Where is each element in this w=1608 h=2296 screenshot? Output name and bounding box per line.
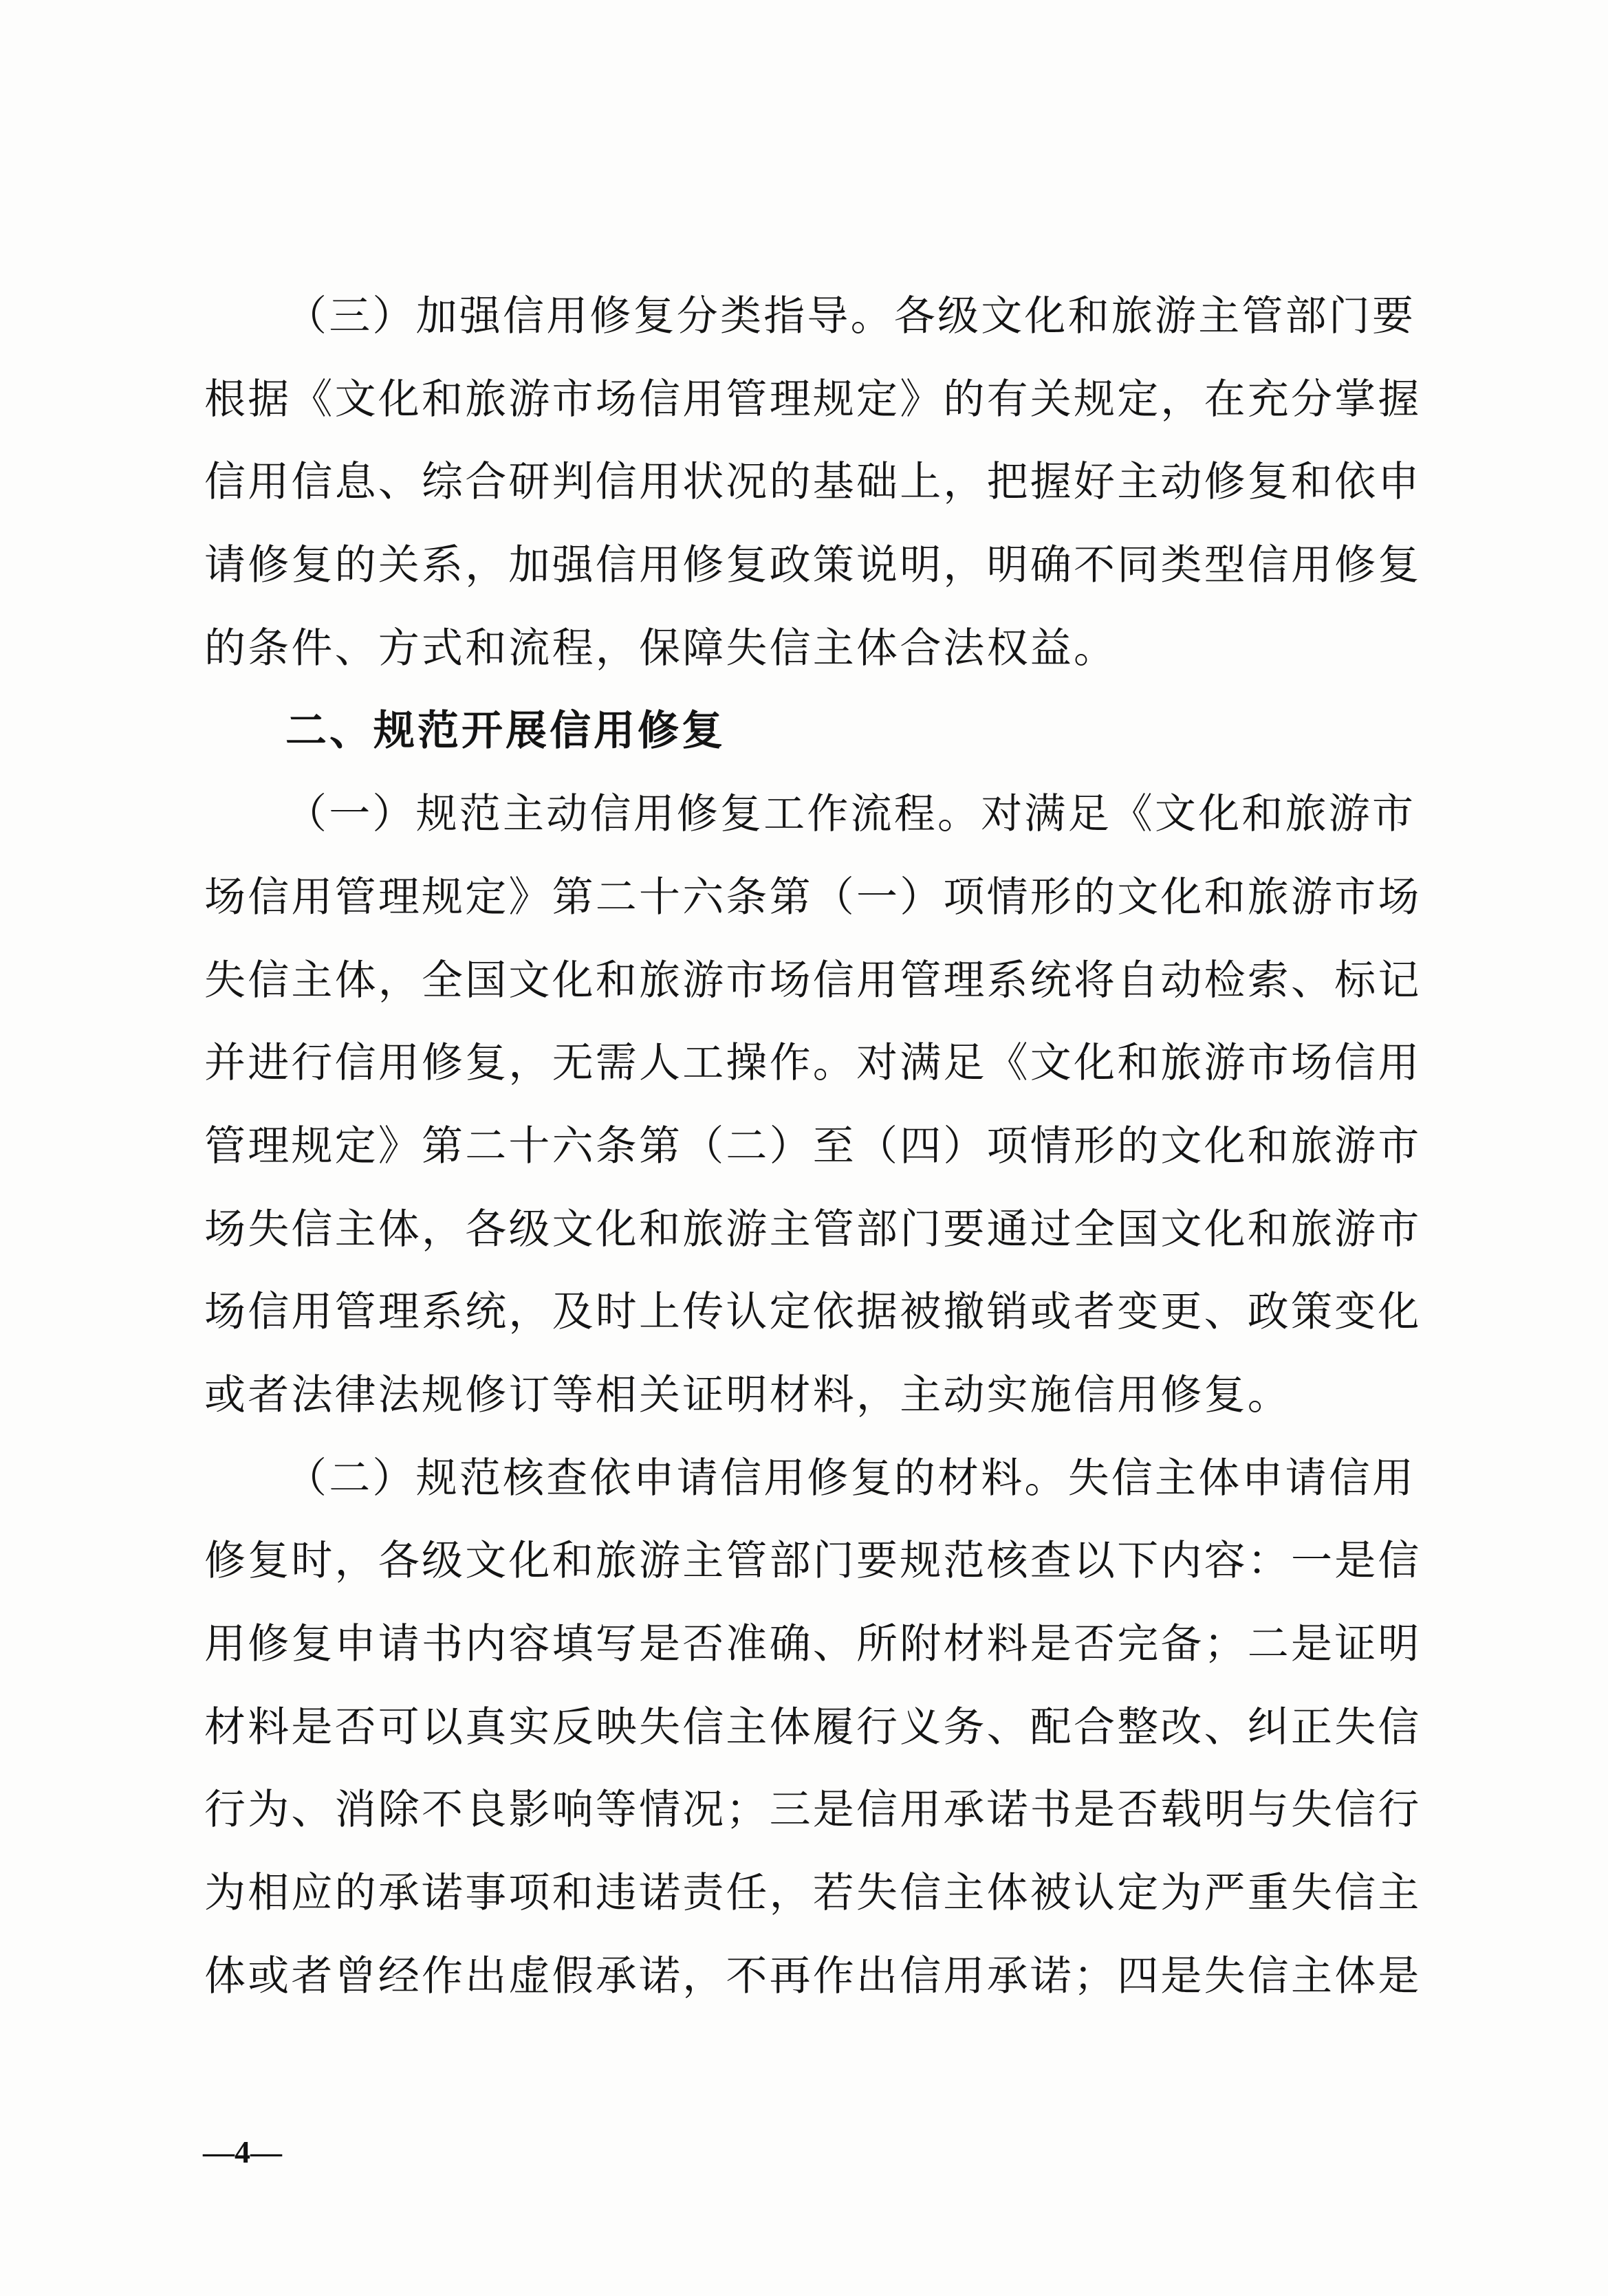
text-line: 行为、消除不良影响等情况；三是信用承诺书是否载明与失信行 [204, 1769, 1425, 1852]
document-body: （三）加强信用修复分类指导。各级文化和旅游主管部门要 根据《文化和旅游市场信用管… [204, 275, 1425, 2018]
text-line: 根据《文化和旅游市场信用管理规定》的有关规定，在充分掌握 [204, 358, 1425, 441]
text-line: 场信用管理规定》第二十六条第（一）项情形的文化和旅游市场 [204, 856, 1425, 939]
text-line: 场信用管理系统，及时上传认定依据被撤销或者变更、政策变化 [204, 1271, 1425, 1354]
text-line: 材料是否可以真实反映失信主体履行义务、配合整改、纠正失信 [204, 1686, 1425, 1769]
text-line: 信用信息、综合研判信用状况的基础上，把握好主动修复和依申 [204, 441, 1425, 524]
document-page: （三）加强信用修复分类指导。各级文化和旅游主管部门要 根据《文化和旅游市场信用管… [0, 0, 1608, 2296]
text-line: 体或者曾经作出虚假承诺，不再作出信用承诺；四是失信主体是 [204, 1935, 1425, 2018]
text-line: 管理规定》第二十六条第（二）至（四）项情形的文化和旅游市 [204, 1105, 1425, 1188]
text-line: 的条件、方式和流程，保障失信主体合法权益。 [204, 607, 1425, 690]
text-line: 或者法律法规修订等相关证明材料，主动实施信用修复。 [204, 1354, 1425, 1437]
section-heading-text: 二、规范开展信用修复 [204, 690, 1425, 773]
text-line: 并进行信用修复，无需人工操作。对满足《文化和旅游市场信用 [204, 1022, 1425, 1105]
page-number: —4— [203, 2132, 282, 2173]
text-line: 为相应的承诺事项和违诺责任，若失信主体被认定为严重失信主 [204, 1852, 1425, 1935]
text-line: （三）加强信用修复分类指导。各级文化和旅游主管部门要 [204, 275, 1425, 358]
paragraph-application-material-review: （二）规范核查依申请信用修复的材料。失信主体申请信用 修复时，各级文化和旅游主管… [204, 1437, 1425, 2018]
text-line: 失信主体，全国文化和旅游市场信用管理系统将自动检索、标记 [204, 939, 1425, 1023]
text-line: 用修复申请书内容填写是否准确、所附材料是否完备；二是证明 [204, 1603, 1425, 1686]
paragraph-active-repair-workflow: （一）规范主动信用修复工作流程。对满足《文化和旅游市 场信用管理规定》第二十六条… [204, 773, 1425, 1437]
section-heading: 二、规范开展信用修复 [204, 690, 1425, 773]
text-line: （二）规范核查依申请信用修复的材料。失信主体申请信用 [204, 1437, 1425, 1520]
paragraph-strengthen-classified-guidance: （三）加强信用修复分类指导。各级文化和旅游主管部门要 根据《文化和旅游市场信用管… [204, 275, 1425, 690]
text-line: 场失信主体，各级文化和旅游主管部门要通过全国文化和旅游市 [204, 1188, 1425, 1271]
text-line: 请修复的关系，加强信用修复政策说明，明确不同类型信用修复 [204, 524, 1425, 607]
text-line: （一）规范主动信用修复工作流程。对满足《文化和旅游市 [204, 773, 1425, 856]
text-line: 修复时，各级文化和旅游主管部门要规范核查以下内容：一是信 [204, 1520, 1425, 1603]
